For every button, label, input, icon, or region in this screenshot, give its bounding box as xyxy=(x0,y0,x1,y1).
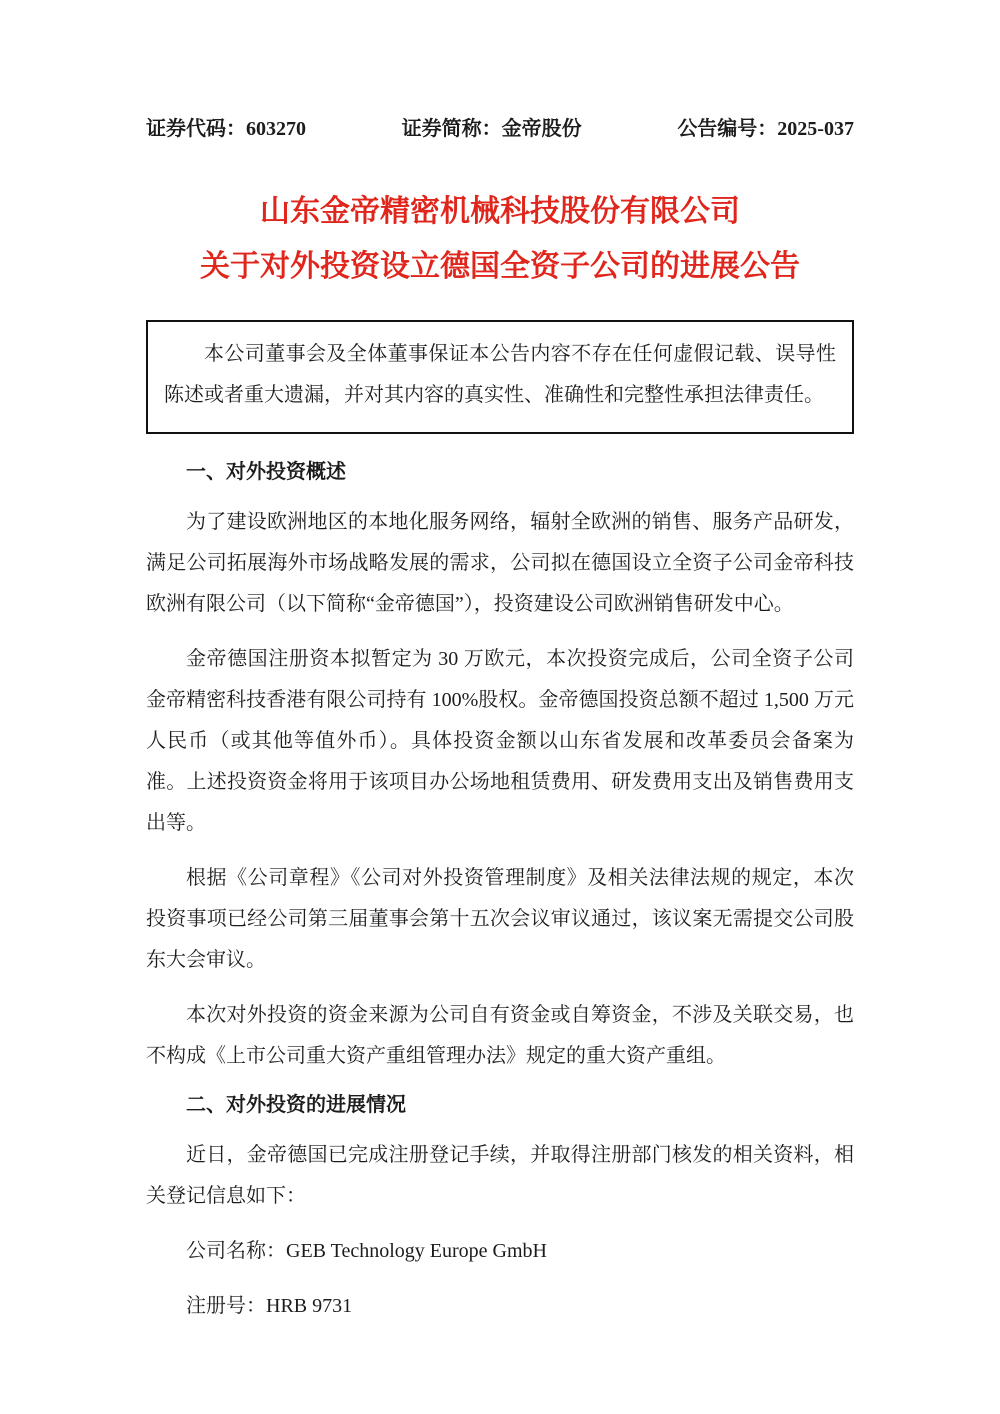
disclaimer-box: 本公司董事会及全体董事保证本公告内容不存在任何虚假记载、误导性陈述或者重大遗漏，… xyxy=(146,320,854,434)
doc-title: 山东金帝精密机械科技股份有限公司 关于对外投资设立德国全资子公司的进展公告 xyxy=(146,184,854,294)
section-1-paragraph-4: 本次对外投资的资金来源为公司自有资金或自筹资金，不涉及关联交易，也不构成《上市公… xyxy=(146,995,854,1077)
section-1-paragraph-1: 为了建设欧洲地区的本地化服务网络，辐射全欧洲的销售、服务产品研发，满足公司拓展海… xyxy=(146,502,854,625)
section-1-paragraph-2: 金帝德国注册资本拟暂定为 30 万欧元，本次投资完成后，公司全资子公司金帝精密科… xyxy=(146,639,854,844)
section-1-heading: 一、对外投资概述 xyxy=(146,458,854,486)
section-1-paragraph-3: 根据《公司章程》《公司对外投资管理制度》及相关法律法规的规定，本次投资事项已经公… xyxy=(146,858,854,981)
doc-title-line-1: 山东金帝精密机械科技股份有限公司 xyxy=(260,195,740,228)
announcement-number: 公告编号：2025-037 xyxy=(677,116,854,142)
stock-abbreviation: 证券简称：金帝股份 xyxy=(402,116,582,142)
doc-header: 证券代码：603270 证券简称：金帝股份 公告编号：2025-037 xyxy=(146,116,854,142)
registration-number: 注册号：HRB 9731 xyxy=(146,1286,854,1327)
registered-company-name: 公司名称：GEB Technology Europe GmbH xyxy=(146,1231,854,1272)
section-2-paragraph-1: 近日，金帝德国已完成注册登记手续，并取得注册部门核发的相关资料，相关登记信息如下… xyxy=(146,1135,854,1217)
stock-code: 证券代码：603270 xyxy=(146,116,306,142)
doc-title-line-2: 关于对外投资设立德国全资子公司的进展公告 xyxy=(200,250,800,283)
section-2-heading: 二、对外投资的进展情况 xyxy=(146,1091,854,1119)
announcement-page: 证券代码：603270 证券简称：金帝股份 公告编号：2025-037 山东金帝… xyxy=(0,0,1000,1414)
disclaimer-text: 本公司董事会及全体董事保证本公告内容不存在任何虚假记载、误导性陈述或者重大遗漏，… xyxy=(164,334,836,416)
doc-body: 一、对外投资概述 为了建设欧洲地区的本地化服务网络，辐射全欧洲的销售、服务产品研… xyxy=(146,458,854,1327)
